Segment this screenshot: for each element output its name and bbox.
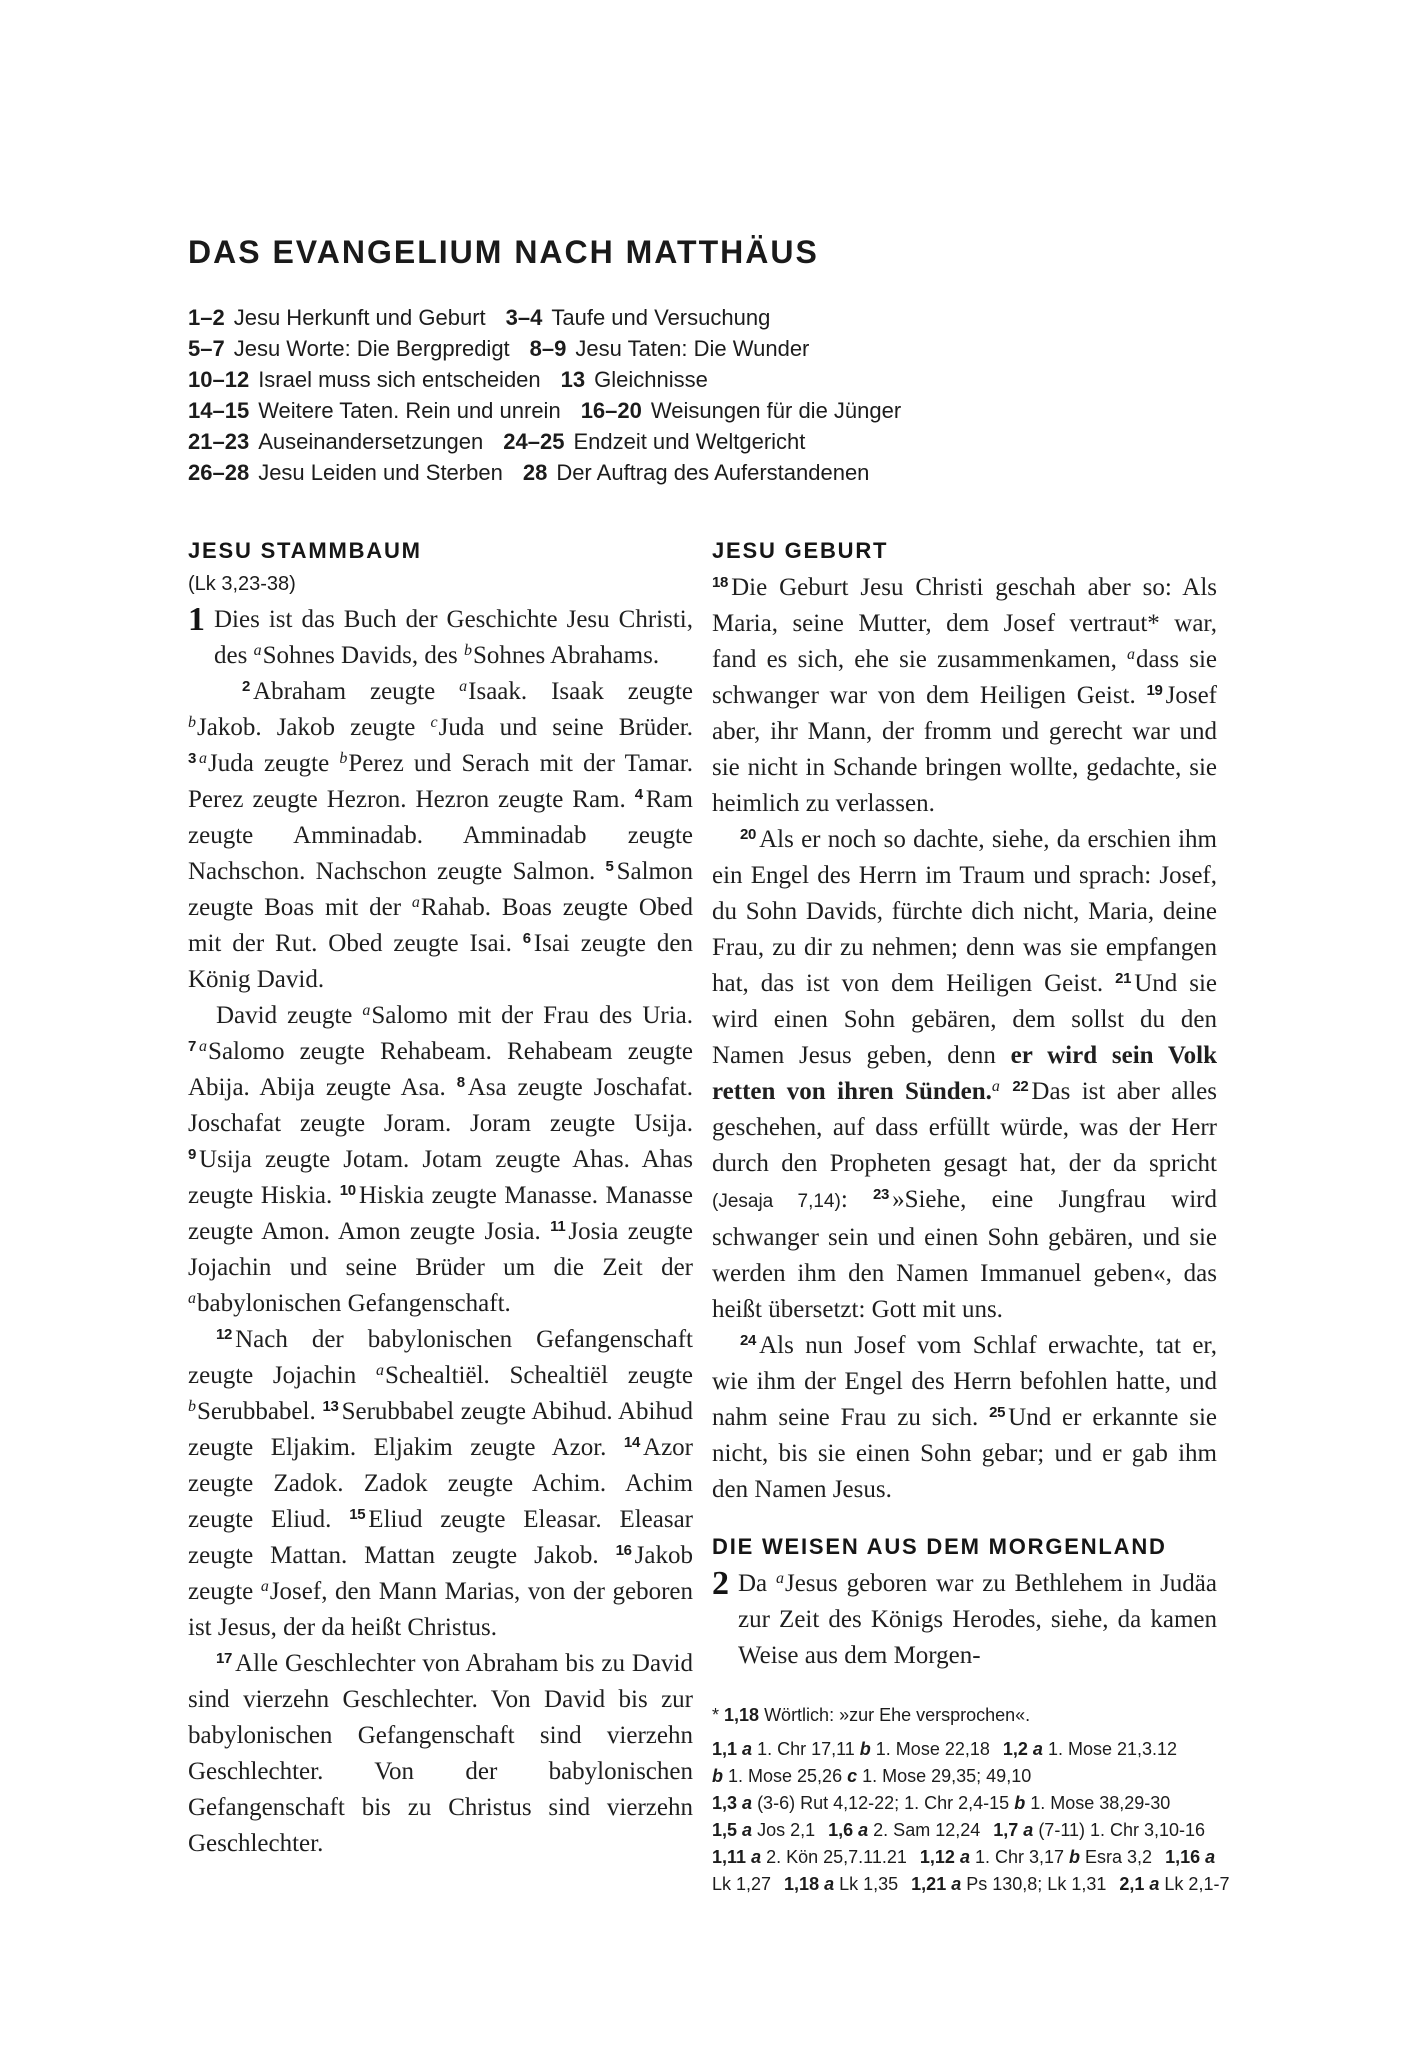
footnote-letter: a: [742, 1793, 752, 1813]
overview-item: 5–7Jesu Worte: Die Bergpredigt: [188, 336, 510, 361]
footnote-letter: b: [464, 642, 472, 659]
overview-chapter-range: 24–25: [503, 429, 564, 454]
overview-item: 21–23Auseinandersetzungen: [188, 429, 483, 454]
overview-label: Weisungen für die Jünger: [651, 398, 901, 423]
bold-text: 1,2: [1003, 1739, 1028, 1759]
verse-number: 8: [457, 1074, 465, 1091]
overview-line: 5–7Jesu Worte: Die Bergpredigt8–9Jesu Ta…: [188, 333, 901, 364]
footnote-letter: a: [951, 1874, 961, 1894]
overview-label: Jesu Worte: Die Bergpredigt: [234, 336, 510, 361]
footnote-letter: b: [1069, 1847, 1080, 1867]
section-heading: JESU GEBURT: [712, 538, 1217, 564]
verse-number: 4: [635, 786, 643, 803]
section-heading: JESU STAMMBAUM: [188, 538, 693, 564]
overview-line: 21–23Auseinandersetzungen24–25Endzeit un…: [188, 426, 901, 457]
footnote-letter: a: [188, 1290, 196, 1307]
verse-number: 24: [740, 1332, 756, 1349]
verse-number: 5: [606, 858, 614, 875]
footnote-letter: a: [824, 1874, 834, 1894]
bold-text: 2,1: [1119, 1874, 1144, 1894]
footnote-letter: a: [1023, 1820, 1033, 1840]
overview-item: 3–4Taufe und Versuchung: [506, 305, 771, 330]
overview-chapter-range: 1–2: [188, 305, 225, 330]
bold-text: 1,18: [784, 1874, 819, 1894]
footnotes: * 1,18 Wörtlich: »zur Ehe versprochen«.1…: [712, 1702, 1217, 1898]
footnote-letter: a: [254, 642, 262, 659]
verse-number: 6: [523, 930, 531, 947]
overview-line: 14–15Weitere Taten. Rein und unrein16–20…: [188, 395, 901, 426]
footnote-letter: a: [858, 1820, 868, 1840]
overview-chapter-range: 13: [561, 367, 585, 392]
overview-line: 1–2Jesu Herkunft und Geburt3–4Taufe und …: [188, 302, 901, 333]
paragraph: 20Als er noch so dachte, siehe, da ersch…: [712, 822, 1217, 1328]
verse-number: 13: [322, 1398, 338, 1415]
overview-item: 10–12Israel muss sich entscheiden: [188, 367, 541, 392]
overview-item: 8–9Jesu Taten: Die Wunder: [530, 336, 810, 361]
paragraph: 2Abraham zeugte aIsaak. Isaak zeugte bJa…: [188, 674, 693, 998]
overview-item: 1–2Jesu Herkunft und Geburt: [188, 305, 486, 330]
verse-number: 7: [188, 1038, 196, 1055]
footnote-letter: a: [199, 750, 207, 767]
bold-text: 1,11: [712, 1847, 746, 1867]
footnote-letter: a: [992, 1078, 1000, 1095]
bold-text: 1,5: [712, 1820, 737, 1840]
footnote-letter: a: [362, 1002, 370, 1019]
overview-label: Auseinandersetzungen: [258, 429, 483, 454]
overview-label: Jesu Leiden und Sterben: [258, 460, 503, 485]
footnote-line: 1,1 a 1. Chr 17,11 b 1. Mose 22,181,2 a …: [712, 1736, 1217, 1763]
footnote-letter: a: [376, 1362, 384, 1379]
overview-chapter-range: 14–15: [188, 398, 249, 423]
overview-chapter-range: 16–20: [581, 398, 642, 423]
footnote-letter: b: [188, 714, 196, 731]
footnote-line: 1,5 a Jos 2,11,6 a 2. Sam 12,241,7 a (7-…: [712, 1817, 1217, 1844]
paragraph: 2Da aJesus geboren war zu Bethlehem in J…: [712, 1566, 1217, 1674]
overview-chapter-range: 3–4: [506, 305, 543, 330]
footnote-line: 1,3 a (3-6) Rut 4,12-22; 1. Chr 2,4-15 b…: [712, 1790, 1217, 1817]
overview-line: 26–28Jesu Leiden und Sterben28Der Auftra…: [188, 457, 901, 488]
paragraph: David zeugte aSalomo mit der Frau des Ur…: [188, 998, 693, 1322]
overview-chapter-range: 28: [523, 460, 547, 485]
overview-label: Der Auftrag des Auferstandenen: [556, 460, 869, 485]
bold-text: 1,3: [712, 1793, 737, 1813]
verse-number: 17: [216, 1650, 232, 1667]
verse-number: 16: [616, 1542, 632, 1559]
footnote-letter: c: [431, 714, 438, 731]
section-heading: DIE WEISEN AUS DEM MORGENLAND: [712, 1534, 1217, 1560]
footnote-letter: a: [742, 1739, 752, 1759]
footnote-letter: a: [1033, 1739, 1043, 1759]
footnote-letter: a: [459, 678, 467, 695]
footnote-letter: a: [742, 1820, 752, 1840]
footnote-letter: b: [188, 1398, 196, 1415]
right-column: JESU GEBURT18Die Geburt Jesu Christi ges…: [712, 538, 1217, 1898]
overview-item: 24–25Endzeit und Weltgericht: [503, 429, 805, 454]
verse-number: 20: [740, 826, 756, 843]
footnote-letter: a: [960, 1847, 970, 1867]
verse-number: 18: [712, 574, 728, 591]
bold-text: 1,18: [724, 1705, 759, 1725]
overview-label: Taufe und Versuchung: [551, 305, 770, 330]
footnote-letter: a: [1149, 1874, 1159, 1894]
verse-number: 19: [1147, 682, 1163, 699]
overview-label: Gleichnisse: [594, 367, 708, 392]
overview-label: Israel muss sich entscheiden: [258, 367, 540, 392]
overview-chapter-range: 10–12: [188, 367, 249, 392]
verse-number: 22: [1012, 1078, 1028, 1095]
overview-label: Jesu Taten: Die Wunder: [575, 336, 809, 361]
footnote-letter: a: [776, 1570, 784, 1587]
footnote-letter: a: [751, 1847, 761, 1867]
bold-text: 1,7: [993, 1820, 1018, 1840]
overview-line: 10–12Israel muss sich entscheiden13Gleic…: [188, 364, 901, 395]
footnote-letter: a: [1205, 1847, 1215, 1867]
overview-item: 13Gleichnisse: [561, 367, 708, 392]
footnote-translation-note: * 1,18 Wörtlich: »zur Ehe versprochen«.: [712, 1702, 1217, 1729]
footnote-line: Lk 1,271,18 a Lk 1,351,21 a Ps 130,8; Lk…: [712, 1871, 1217, 1898]
verse-number: 3: [188, 750, 196, 767]
verse-number: 10: [340, 1182, 356, 1199]
overview-chapter-range: 26–28: [188, 460, 249, 485]
paragraph: 24Als nun Josef vom Schlaf erwachte, tat…: [712, 1328, 1217, 1508]
chapter-overview: 1–2Jesu Herkunft und Geburt3–4Taufe und …: [188, 302, 901, 488]
bold-text: 1,21: [911, 1874, 946, 1894]
verse-number: 21: [1115, 970, 1131, 987]
bold-text: 1,16: [1165, 1847, 1200, 1867]
footnote-letter: a: [412, 894, 420, 911]
chapter-number: 2: [712, 1569, 729, 1641]
verse-number: 9: [188, 1146, 196, 1163]
verse-number: 12: [216, 1326, 232, 1343]
bold-text: er wird sein Volk retten von ihren Sünde…: [712, 1042, 1217, 1105]
paragraph: 12Nach der babylonischen Gefangenschaft …: [188, 1322, 693, 1646]
bold-text: 1,1: [712, 1739, 737, 1759]
bold-text: 1,6: [828, 1820, 853, 1840]
footnote-letter: c: [847, 1766, 857, 1786]
book-title: DAS EVANGELIUM NACH MATTHÄUS: [188, 236, 819, 268]
footnote-line: b 1. Mose 25,26 c 1. Mose 29,35; 49,10: [712, 1763, 1217, 1790]
inline-reference: (Jesaja 7,14): [712, 1191, 841, 1212]
overview-item: 16–20Weisungen für die Jünger: [581, 398, 902, 423]
overview-label: Endzeit und Weltgericht: [573, 429, 805, 454]
overview-item: 26–28Jesu Leiden und Sterben: [188, 460, 503, 485]
paragraph: 17Alle Geschlechter von Abraham bis zu D…: [188, 1646, 693, 1862]
left-column: JESU STAMMBAUM(Lk 3,23-38)1Dies ist das …: [188, 538, 693, 1862]
footnote-letter: a: [1127, 646, 1135, 663]
verse-number: 23: [873, 1186, 889, 1203]
overview-chapter-range: 5–7: [188, 336, 225, 361]
overview-item: 14–15Weitere Taten. Rein und unrein: [188, 398, 561, 423]
footnote-letter: b: [1014, 1793, 1025, 1813]
footnote-letter: b: [339, 750, 347, 767]
verse-number: 11: [550, 1218, 565, 1235]
verse-number: 14: [624, 1434, 640, 1451]
bible-page: DAS EVANGELIUM NACH MATTHÄUS 1–2Jesu Her…: [0, 0, 1404, 2050]
footnote-letter: a: [199, 1038, 207, 1055]
overview-chapter-range: 8–9: [530, 336, 567, 361]
bold-text: 1,12: [920, 1847, 955, 1867]
footnote-letter: b: [860, 1739, 871, 1759]
verse-number: 25: [989, 1404, 1005, 1421]
chapter-number: 1: [188, 605, 205, 677]
section-subheading: (Lk 3,23-38): [188, 570, 693, 598]
overview-label: Jesu Herkunft und Geburt: [234, 305, 486, 330]
verse-number: 2: [242, 678, 250, 695]
overview-item: 28Der Auftrag des Auferstandenen: [523, 460, 870, 485]
footnote-line: 1,11 a 2. Kön 25,7.11.211,12 a 1. Chr 3,…: [712, 1844, 1217, 1871]
overview-chapter-range: 21–23: [188, 429, 249, 454]
overview-label: Weitere Taten. Rein und unrein: [258, 398, 561, 423]
footnote-letter: a: [261, 1578, 269, 1595]
verse-number: 15: [349, 1506, 365, 1523]
paragraph: 1Dies ist das Buch der Geschichte Jesu C…: [188, 602, 693, 674]
footnote-letter: b: [712, 1766, 723, 1786]
paragraph: 18Die Geburt Jesu Christi geschah aber s…: [712, 570, 1217, 822]
